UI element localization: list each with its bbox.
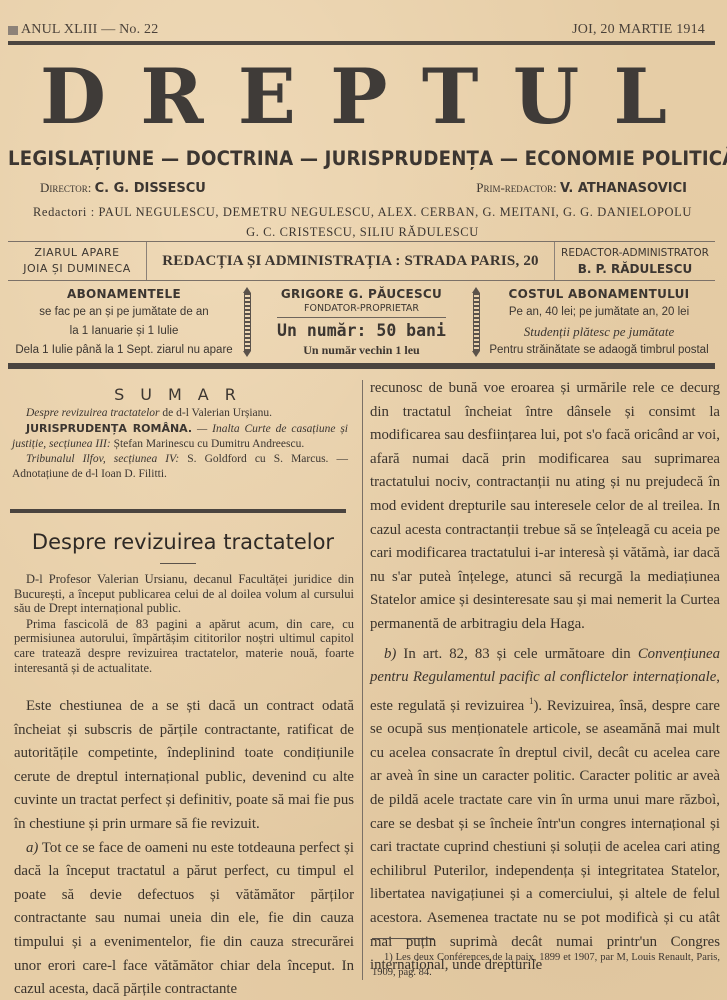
old-issue-price: Un număr vechin 1 leu xyxy=(303,342,419,358)
director-name: C. G. DISSESCU xyxy=(95,181,206,196)
administrator-label: REDACTOR-ADMINISTRATOR xyxy=(561,245,709,261)
column-separator xyxy=(362,380,363,980)
masthead-letter: U xyxy=(513,56,579,138)
subscription-cost: COSTUL ABONAMENTULUI Pe an, 40 lei; pe j… xyxy=(483,285,715,359)
director-label: Director: xyxy=(40,180,91,195)
ornamental-divider-icon xyxy=(469,285,483,359)
prim-redactor-name: V. ATHANASOVICI xyxy=(560,181,687,196)
publication-days-value: JOIA ȘI DUMINECA xyxy=(23,261,131,277)
subscription-terms-line: la 1 Ianuarie și 1 Iulie xyxy=(70,322,179,341)
summary-section-heading: JURISPRUDENȚA ROMÂNA. xyxy=(26,422,192,435)
masthead-letter: E xyxy=(238,56,296,138)
footnote-text: 1) Les deux Conférences de la paix, 1899… xyxy=(372,950,720,980)
paragraph-marker: a) xyxy=(26,840,38,856)
body-paragraph: Este chestiunea de a se ști dacă un cont… xyxy=(14,695,354,837)
director: Director: C. G. DISSESCU xyxy=(40,180,206,196)
masthead-letter: T xyxy=(422,56,479,138)
article-title-rule xyxy=(160,563,196,564)
printer-mark-icon xyxy=(8,26,18,35)
body-paragraph: a) Tot ce se face de oameni nu este totd… xyxy=(14,837,354,1000)
summary-item-title: Tribunalul Ilfov, secțiunea IV: xyxy=(26,453,179,465)
publication-days-label: ZIARUL APARE xyxy=(34,245,119,261)
paragraph-marker: b) xyxy=(384,646,396,662)
masthead-subtitle: LEGISLAȚIUNE — DOCTRINA — JURISPRUDENȚA … xyxy=(8,147,667,170)
director-row: Director: C. G. DISSESCU Prim-redactor: … xyxy=(40,180,687,196)
summary-rule xyxy=(10,509,346,513)
masthead-letter: D xyxy=(40,56,106,138)
article-title: Despre revizuirea tractatelor xyxy=(8,530,358,554)
footnote: 1) Les deux Conférences de la paix, 1899… xyxy=(372,950,720,980)
subscription-cost-line: Pentru străinătate se adaogă timbrul pos… xyxy=(489,341,708,360)
prim-redactor-label: Prim-redactor: xyxy=(476,180,557,195)
body-paragraph: b) In art. 82, 83 și cele următoare din … xyxy=(370,643,720,978)
issue-text: ANUL XLIII — No. 22 xyxy=(21,22,158,38)
administrator-name: B. P. RĂDULESCU xyxy=(578,261,692,277)
intro-paragraph: Prima fascicolă de 83 pagini a apărut ac… xyxy=(14,617,354,675)
masthead: D R E P T U L xyxy=(40,56,667,138)
editorial-address: REDACȚIA ȘI ADMINISTRAȚIA : STRADA PARIS… xyxy=(147,242,555,280)
article-body-right-column: recunosc de bună voe eroarea și urmările… xyxy=(370,377,720,978)
body-paragraph-text: ). Revizuirea, însă, despre care se ocup… xyxy=(370,698,720,974)
issue-price: Un număr: 50 bani xyxy=(277,317,446,342)
summary-item: Tribunalul Ilfov, secțiunea IV: S. Goldf… xyxy=(12,452,348,482)
issue-date: JOI, 20 MARTIE 1914 xyxy=(572,22,705,38)
subscription-terms: ABONAMENTELE se fac pe an și pe jumătate… xyxy=(8,285,240,359)
article-body-left-column: Este chestiunea de a se ști dacă un cont… xyxy=(14,695,354,1000)
masthead-letter: R xyxy=(140,56,203,138)
summary-title: SUMAR xyxy=(8,385,358,404)
student-discount: Studenții plătesc pe jumătate xyxy=(524,322,675,341)
header-bottom-rule xyxy=(8,363,715,369)
body-paragraph: recunosc de bună voe eroarea și urmările… xyxy=(370,377,720,637)
subscription-terms-line: Dela 1 Iulie până la 1 Sept. ziarul nu a… xyxy=(15,341,232,360)
body-paragraph-text: Tot ce se face de oameni nu este totdeau… xyxy=(14,840,354,998)
body-paragraph-text: In art. 82, 83 și cele următoare din xyxy=(396,646,637,662)
founder-and-price: GRIGORE G. PĂUCESCU FONDATOR-PROPRIETAR … xyxy=(254,285,469,359)
summary-item-text: de d-l Valerian Urșianu. xyxy=(160,407,273,419)
subscription-terms-title: ABONAMENTELE xyxy=(67,285,181,303)
subscription-cost-line: Pe an, 40 lei; pe jumătate an, 20 lei xyxy=(509,303,689,322)
subscription-band: ABONAMENTELE se fac pe an și pe jumătate… xyxy=(8,285,715,359)
footnote-rule xyxy=(372,938,434,939)
subscription-cost-title: COSTUL ABONAMENTULUI xyxy=(509,285,690,303)
subscription-terms-line: se fac pe an și pe jumătate de an xyxy=(39,303,208,322)
publication-days: ZIARUL APARE JOIA ȘI DUMINECA xyxy=(8,242,147,280)
editors-line-2: G. C. CRISTESCU, SILIU RĂDULESCU xyxy=(8,222,717,242)
editors-line-1: Redactori : PAUL NEGULESCU, DEMETRU NEGU… xyxy=(8,202,717,222)
masthead-letter: L xyxy=(614,56,667,138)
intro-paragraph: D-l Profesor Valerian Ursianu, decanul F… xyxy=(14,572,354,616)
editors-list: Redactori : PAUL NEGULESCU, DEMETRU NEGU… xyxy=(8,202,717,242)
founder-title: FONDATOR-PROPRIETAR xyxy=(304,303,419,315)
founder-name: GRIGORE G. PĂUCESCU xyxy=(281,285,442,303)
issue-line: ANUL XLIII — No. 22 JOI, 20 MARTIE 1914 xyxy=(8,18,705,38)
info-band: ZIARUL APARE JOIA ȘI DUMINECA REDACȚIA Ș… xyxy=(8,241,715,281)
summary: Despre revizuirea tractatelor de d-l Val… xyxy=(12,406,348,482)
summary-item-title: Despre revizuirea tractatelor xyxy=(26,407,160,419)
editorial-address-text: REDACȚIA ȘI ADMINISTRAȚIA : STRADA PARIS… xyxy=(162,253,539,269)
administrator: REDACTOR-ADMINISTRATOR B. P. RĂDULESCU xyxy=(555,242,715,280)
prim-redactor: Prim-redactor: V. ATHANASOVICI xyxy=(476,180,687,196)
summary-item-text: Ștefan Marinescu cu Dumitru Andreescu. xyxy=(111,438,305,450)
article-intro: D-l Profesor Valerian Ursianu, decanul F… xyxy=(14,572,354,675)
issue-number: ANUL XLIII — No. 22 xyxy=(8,22,158,38)
summary-item: JURISPRUDENȚA ROMÂNA. — Inalta Curte de … xyxy=(12,421,348,452)
ornamental-divider-icon xyxy=(240,285,254,359)
masthead-letter: P xyxy=(330,56,387,138)
top-rule xyxy=(8,41,715,45)
summary-item: Despre revizuirea tractatelor de d-l Val… xyxy=(12,406,348,421)
